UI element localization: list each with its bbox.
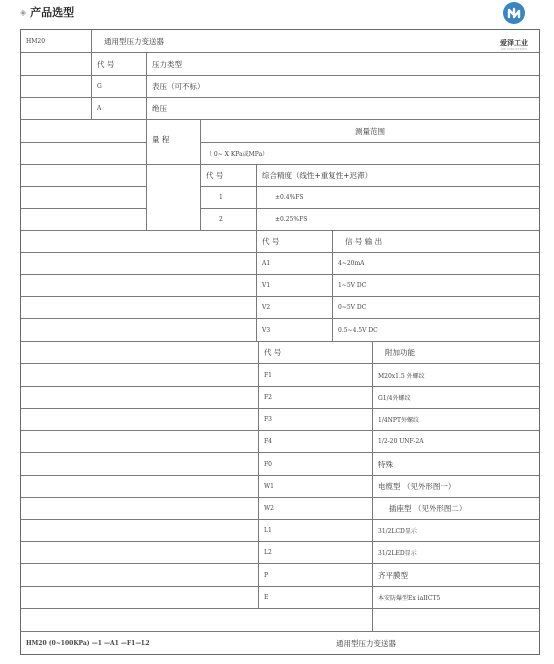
function-code: L2 <box>258 541 373 564</box>
empty-cell <box>20 164 147 187</box>
empty-cell <box>20 497 259 520</box>
function-code: F4 <box>258 430 373 453</box>
selection-table: HM20 通用型压力变送器 代 号 压力类型 G 表压（可不标） A 绝压 量 … <box>0 0 554 664</box>
signal-code: V3 <box>256 318 333 342</box>
function-header: 附加功能 <box>372 341 540 364</box>
accuracy-desc: ±0.25%FS <box>256 208 540 231</box>
empty-cell <box>20 541 259 564</box>
example-row: HM20 (0~100KPa) —1 —A1 —F1—L2 通用型压力变送器 <box>20 631 540 655</box>
function-desc: 齐平膜型 <box>372 563 540 587</box>
function-desc: 本安防爆型Ex iaIICT5 <box>372 586 540 609</box>
empty-cell <box>20 97 92 120</box>
empty-cell <box>20 341 259 364</box>
empty-cell <box>20 296 257 319</box>
empty-cell <box>20 230 257 253</box>
signal-desc: 0~5V DC <box>332 296 540 319</box>
empty-cell <box>20 408 259 431</box>
signal-code: V1 <box>256 274 333 297</box>
empty-cell <box>20 519 259 542</box>
accuracy-code: 2 <box>200 208 257 231</box>
empty-cell <box>20 475 259 498</box>
empty-cell <box>20 75 92 98</box>
pressure-code: A <box>91 97 147 120</box>
function-desc: 31/2LCD显示 <box>372 519 540 542</box>
function-desc: 1/2-20 UNF-2A <box>372 430 540 453</box>
product-name-cell: 通用型压力变送器 <box>91 29 540 53</box>
empty-cell <box>20 586 259 609</box>
function-desc: 电缆型 （见外形图一） <box>372 475 540 498</box>
empty-cell <box>20 142 147 165</box>
accuracy-desc: ±0.4%FS <box>256 186 540 209</box>
example-code: HM20 (0~100KPa) —1 —A1 —F1—L2 <box>26 640 316 647</box>
signal-code: V2 <box>256 296 333 319</box>
range-header: 测量范围 <box>200 119 540 143</box>
function-desc: M20x1.5 外螺纹 <box>372 363 540 387</box>
empty-cell <box>20 563 259 587</box>
function-desc: 1/4NPT外螺纹 <box>372 408 540 431</box>
function-code: W1 <box>258 475 373 498</box>
empty-cell <box>20 274 257 297</box>
function-code: F2 <box>258 386 373 409</box>
signal-header: 信 号 输 出 <box>332 230 540 253</box>
range-label: 量 程 <box>146 119 201 165</box>
pressure-desc: 表压（可不标） <box>146 75 540 98</box>
signal-desc: 1~5V DC <box>332 274 540 297</box>
example-name: 通用型压力变送器 <box>336 638 396 649</box>
function-desc: 插座型 （见外形图二） <box>372 497 540 520</box>
function-code: F3 <box>258 408 373 431</box>
function-code: P <box>258 563 373 587</box>
empty-cell <box>20 186 147 209</box>
range-value: （ 0~ X KPa或MPa） <box>200 142 540 165</box>
function-desc: 31/2LED显示 <box>372 541 540 564</box>
signal-code: A1 <box>256 252 333 275</box>
function-desc: 特殊 <box>372 452 540 476</box>
empty-cell <box>20 208 147 231</box>
signal-desc: 4~20mA <box>332 252 540 275</box>
empty-cell <box>20 608 373 632</box>
code-header: 代 号 <box>256 230 333 253</box>
empty-cell <box>20 318 257 342</box>
function-desc: G1/4外螺纹 <box>372 386 540 409</box>
function-code: W2 <box>258 497 373 520</box>
signal-desc: 0.5~4.5V DC <box>332 318 540 342</box>
empty-cell <box>20 386 259 409</box>
empty-cell <box>20 52 92 76</box>
empty-cell <box>372 608 540 632</box>
code-header: 代 号 <box>91 52 147 76</box>
accuracy-code: 1 <box>200 186 257 209</box>
pressure-type-header: 压力类型 <box>146 52 540 76</box>
function-code: L1 <box>258 519 373 542</box>
pressure-code: G <box>91 75 147 98</box>
empty-cell <box>20 363 259 387</box>
function-code: F0 <box>258 452 373 476</box>
function-code: E <box>258 586 373 609</box>
pressure-desc: 绝压 <box>146 97 540 120</box>
code-header: 代 号 <box>200 164 257 187</box>
empty-cell <box>20 119 147 143</box>
code-header: 代 号 <box>258 341 373 364</box>
empty-cell <box>20 430 259 453</box>
model-cell: HM20 <box>20 29 92 53</box>
empty-cell <box>146 164 201 231</box>
function-code: F1 <box>258 363 373 387</box>
empty-cell <box>20 252 257 275</box>
accuracy-header: 综合精度（线性+重复性+迟滞） <box>256 164 540 187</box>
empty-cell <box>20 452 259 476</box>
